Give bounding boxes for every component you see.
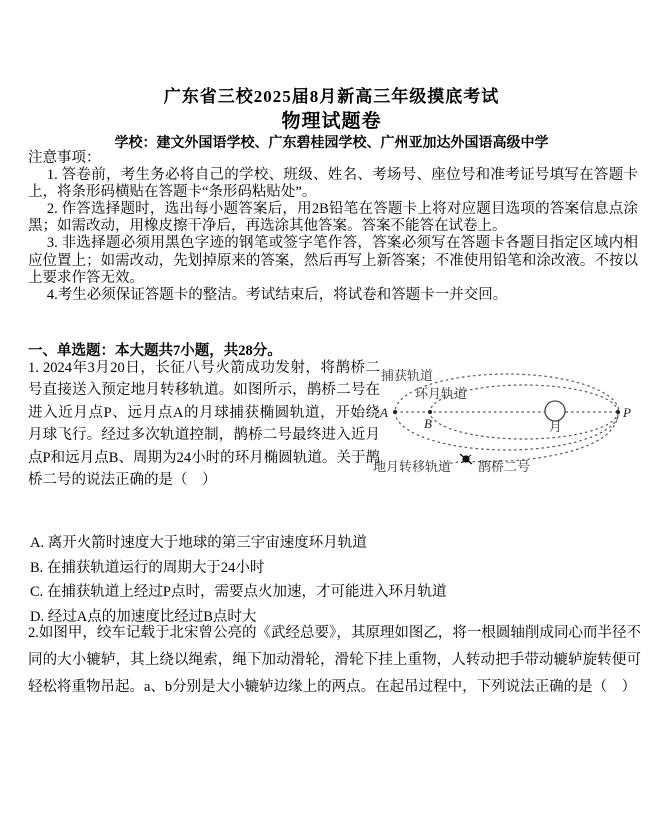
point-b-dot <box>428 410 432 414</box>
question-1-option-c: C. 在捕获轨道上经过P点时，需要点火加速，才可能进入环月轨道 <box>30 580 630 605</box>
point-b-label: B <box>424 416 432 431</box>
satellite-icon <box>460 454 472 464</box>
moon-circle <box>545 401 565 421</box>
exam-paper-page: 广东省三校2025届8月新高三年级摸底考试 物理试题卷 学校：建文外国语学校、广… <box>0 0 663 813</box>
question-1-figure: 捕获轨道 环月轨道 A B P 月 地月转移轨道 鹊桥二号 <box>372 362 657 477</box>
question-2-text: 2.如图甲，绞车记载于北宋曾公亮的《武经总要》，其原理如图乙，将一根圆轴削成同心… <box>28 620 641 701</box>
capture-orbit-label: 捕获轨道 <box>381 368 433 383</box>
point-p-label: P <box>622 405 631 420</box>
notice-item-3: 3. 非选择题必须用黑色字迹的钢笔或签字笔作答，答案必须写在答题卡各题目指定区域… <box>28 235 638 286</box>
transfer-orbit-label: 地月转移轨道 <box>373 459 451 474</box>
point-a-label: A <box>379 405 388 420</box>
point-a-dot <box>393 410 397 414</box>
exam-title: 广东省三校2025届8月新高三年级摸底考试 <box>0 82 663 107</box>
transfer-orbit-curve <box>462 415 618 462</box>
notice-item-1: 1. 答卷前，考生务必将自己的学校、班级、姓名、考场号、座位号和准考证号填写在答… <box>28 167 638 201</box>
school-line: 学校：建文外国语学校、广东碧桂园学校、广州亚加达外国语高级中学 <box>0 132 663 152</box>
paper-subject-title: 物理试题卷 <box>0 106 663 133</box>
notice-heading: 注意事项： <box>28 150 638 167</box>
question-1-text: 1. 2024年3月20日，长征八号火箭成功发射，将鹊桥二号直接送入预定地月转移… <box>28 357 380 491</box>
question-1-option-b: B. 在捕获轨道运行的周期大于24小时 <box>30 556 630 581</box>
notice-item-4: 4.考生必须保证答题卡的整洁。考试结束后，将试卷和答题卡一并交回。 <box>28 287 638 304</box>
question-1-options: A. 离开火箭时速度大于地球的第三宇宙速度环月轨道 B. 在捕获轨道运行的周期大… <box>30 531 630 630</box>
satellite-label: 鹊桥二号 <box>478 459 530 474</box>
lunar-orbit-label: 环月轨道 <box>415 386 467 401</box>
point-p-dot <box>616 410 620 414</box>
notice-section: 注意事项： 1. 答卷前，考生务必将自己的学校、班级、姓名、考场号、座位号和准考… <box>28 150 638 304</box>
moon-label: 月 <box>549 419 562 434</box>
question-1-option-a: A. 离开火箭时速度大于地球的第三宇宙速度环月轨道 <box>30 531 630 556</box>
notice-item-2: 2. 作答选择题时，选出每小题答案后，用2B铅笔在答题卡上将对应题目选项的答案信… <box>28 201 638 235</box>
